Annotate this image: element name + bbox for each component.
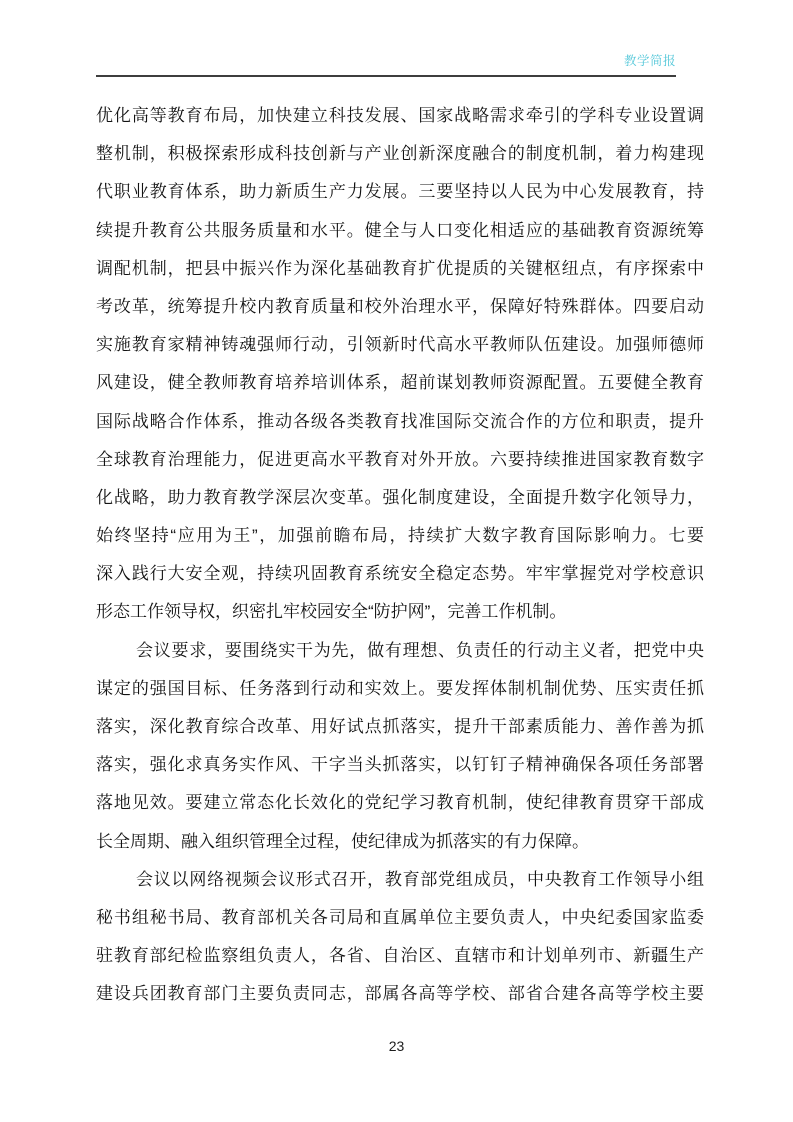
text-line: 风建设，健全教师教育培养培训体系，超前谋划教师资源配置。五要健全教育 [96,364,704,402]
text-line: 谋定的强国目标、任务落到行动和实效上。要发挥体制机制优势、压实责任抓 [96,670,704,708]
text-line: 深入践行大安全观，持续巩固教育系统安全稳定态势。牢牢掌握党对学校意识 [96,555,704,593]
text-line: 整机制，积极探索形成科技创新与产业创新深度融合的制度机制，着力构建现 [96,135,704,173]
text-line: 代职业教育体系，助力新质生产力发展。三要坚持以人民为中心发展教育，持 [96,173,704,211]
page-header: 教学简报 [96,52,676,77]
text-line: 建设兵团教育部门主要负责同志，部属各高等学校、部省合建各高等学校主要 [96,975,704,1013]
text-line: 化战略，助力教育教学深层次变革。强化制度建设，全面提升数字化领导力， [96,479,704,517]
text-line: 驻教育部纪检监察组负责人，各省、自治区、直辖市和计划单列市、新疆生产 [96,937,704,975]
document-body: 优化高等教育布局，加快建立科技发展、国家战略需求牵引的学科专业设置调整机制，积极… [96,97,704,1014]
page-number: 23 [389,1038,405,1054]
page-footer: 23 [0,1038,793,1054]
text-line: 考改革，统筹提升校内教育质量和校外治理水平，保障好特殊群体。四要启动 [96,288,704,326]
document-page: 教学简报 优化高等教育布局，加快建立科技发展、国家战略需求牵引的学科专业设置调整… [0,0,793,1122]
text-line: 调配机制，把县中振兴作为深化基础教育扩优提质的关键枢纽点，有序探索中 [96,250,704,288]
text-line: 会议以网络视频会议形式召开，教育部党组成员，中央教育工作领导小组 [96,861,704,899]
text-line: 国际战略合作体系，推动各级各类教育找准国际交流合作的方位和职责，提升 [96,403,704,441]
text-line: 优化高等教育布局，加快建立科技发展、国家战略需求牵引的学科专业设置调 [96,97,704,135]
text-line: 续提升教育公共服务质量和水平。健全与人口变化相适应的基础教育资源统筹 [96,212,704,250]
text-line: 长全周期、融入组织管理全过程，使纪律成为抓落实的有力保障。 [96,823,704,861]
text-line: 全球教育治理能力，促进更高水平教育对外开放。六要持续推进国家教育数字 [96,441,704,479]
text-line: 会议要求，要围绕实干为先，做有理想、负责任的行动主义者，把党中央 [96,632,704,670]
text-line: 落实，深化教育综合改革、用好试点抓落实，提升干部素质能力、善作善为抓 [96,708,704,746]
text-line: 形态工作领导权，织密扎牢校园安全“防护网”，完善工作机制。 [96,593,704,631]
header-title: 教学简报 [624,54,676,68]
text-line: 落实，强化求真务实作风、干字当头抓落实，以钉钉子精神确保各项任务部署 [96,746,704,784]
text-line: 秘书组秘书局、教育部机关各司局和直属单位主要负责人，中央纪委国家监委 [96,899,704,937]
text-line: 实施教育家精神铸魂强师行动，引领新时代高水平教师队伍建设。加强师德师 [96,326,704,364]
text-line: 落地见效。要建立常态化长效化的党纪学习教育机制，使纪律教育贯穿干部成 [96,784,704,822]
text-line: 始终坚持“应用为王”，加强前瞻布局，持续扩大数字教育国际影响力。七要 [96,517,704,555]
